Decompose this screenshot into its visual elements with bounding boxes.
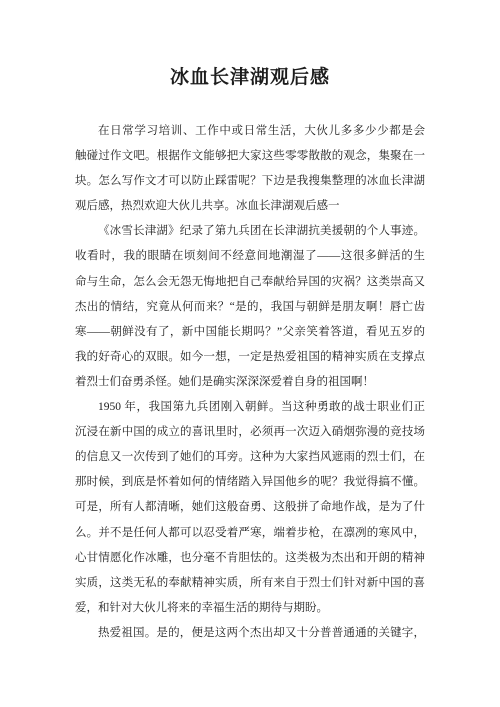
text-line: 块。怎么写作文才可以防止踩雷呢？下边是我搜集整理的冰血长津湖 xyxy=(75,169,425,194)
text-line: 的信息又一次传到了她们的耳旁。这种为大家挡风遮雨的烈士们，在 xyxy=(75,445,425,470)
text-line: 在日常学习培训、工作中或日常生活，大伙儿多多少少都是会 xyxy=(75,119,425,144)
text-line: 1950 年，我国第九兵团刚入朝鲜。当这种勇敢的战士职业们正 xyxy=(75,395,425,420)
text-line: 收看时，我的眼睛在顷刻间不经意间地潮湿了——这很多鲜活的生 xyxy=(75,244,425,269)
text-line: 实质，这类无私的奉献精神实质，所有来自于烈士们针对新中国的喜 xyxy=(75,571,425,596)
text-line: 《冰雪长津湖》纪录了第九兵团在长津湖抗美援朝的个人事迹。 xyxy=(75,219,425,244)
text-line: 么。并不是任何人都可以忍受着严寒，端着步枪，在凛冽的寒风中， xyxy=(75,521,425,546)
text-line: 热爱祖国。是的，便是这两个杰出却又十分普普通通的关键字， xyxy=(75,621,425,646)
text-line: 那时候，到底是怀着如何的情绪踏入异国他乡的呢？我觉得搞不懂。 xyxy=(75,470,425,495)
document-page: 冰血长津湖观后感 在日常学习培训、工作中或日常生活，大伙儿多多少少都是会 触碰过… xyxy=(0,0,500,707)
document-title: 冰血长津湖观后感 xyxy=(0,62,500,89)
text-line: 杰出的情结，究竟从何而来？“是的，我国与朝鲜是朋友啊！唇亡齿 xyxy=(75,295,425,320)
text-line: 观后感，热烈欢迎大伙儿共享。冰血长津湖观后感一 xyxy=(75,194,425,219)
text-line: 沉浸在新中国的成立的喜讯里时，必须再一次迈入硝烟弥漫的竞技场 xyxy=(75,420,425,445)
text-line: 命与生命，怎么会无怨无悔地把自己奉献给异国的灾祸？这类崇高又 xyxy=(75,270,425,295)
text-line: 我的好奇心的双眼。如今一想，一定是热爱祖国的精神实质在支撑点 xyxy=(75,345,425,370)
text-line: 可是，所有人都清晰，她们这般奋勇、这般拼了命地作战，是为了什 xyxy=(75,495,425,520)
document-body: 在日常学习培训、工作中或日常生活，大伙儿多多少少都是会 触碰过作文吧。根据作文能… xyxy=(75,119,425,646)
text-line: 寒——朝鲜没有了，新中国能长期吗？”父亲笑着答道，看见五岁的 xyxy=(75,320,425,345)
text-line: 爱，和针对大伙儿将来的幸福生活的期待与期盼。 xyxy=(75,596,425,621)
text-line: 着烈士们奋勇杀怪。她们是确实深深深爱着自身的祖国啊！ xyxy=(75,370,425,395)
text-line: 触碰过作文吧。根据作文能够把大家这些零零散散的观念，集聚在一 xyxy=(75,144,425,169)
text-line: 心甘情愿化作冰雕，也分毫不肯胆怯的。这类极为杰出和开朗的精神 xyxy=(75,546,425,571)
